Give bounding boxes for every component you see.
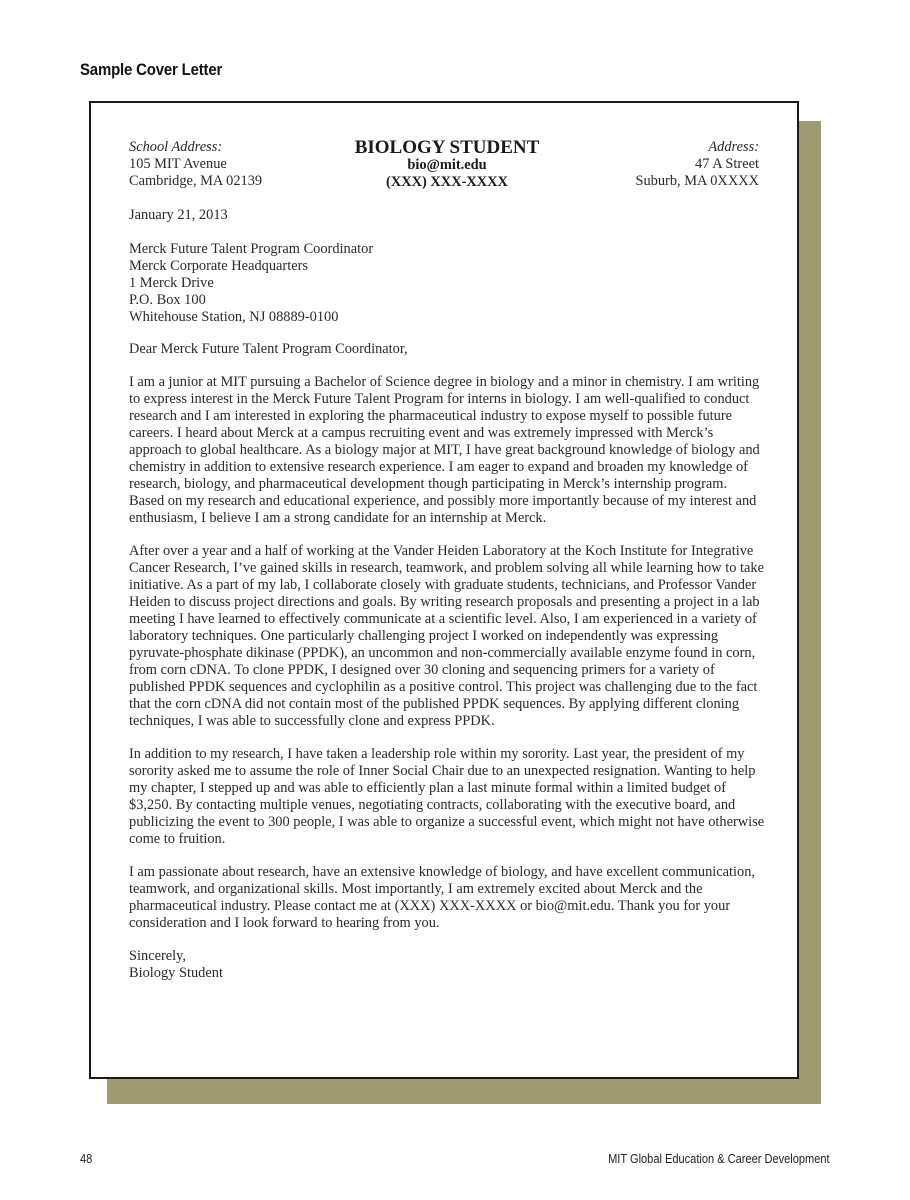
paragraph-intro: I am a junior at MIT pursuing a Bachelor… (129, 374, 765, 527)
salutation: Dear Merck Future Talent Program Coordin… (129, 341, 765, 358)
school-address-label: School Address: (129, 139, 262, 156)
recipient-line: Merck Corporate Headquarters (129, 258, 765, 275)
page-number: 48 (80, 1151, 92, 1166)
page-heading: Sample Cover Letter (80, 60, 222, 80)
recipient-line: Whitehouse Station, NJ 08889-0100 (129, 309, 765, 326)
paragraph-leadership: In addition to my research, I have taken… (129, 746, 765, 848)
recipient-line: Merck Future Talent Program Coordinator (129, 241, 765, 258)
recipient-line: 1 Merck Drive (129, 275, 765, 292)
home-address-line2: Suburb, MA 0XXXX (635, 173, 759, 190)
paragraph-research: After over a year and a half of working … (129, 543, 765, 730)
home-address-line1: 47 A Street (635, 156, 759, 173)
footer-organization: MIT Global Education & Career Developmen… (608, 1151, 830, 1166)
school-address: School Address: 105 MIT Avenue Cambridge… (129, 139, 262, 190)
letter-body: BIOLOGY STUDENT bio@mit.edu (XXX) XXX-XX… (129, 139, 765, 982)
home-address-label: Address: (635, 139, 759, 156)
paragraph-closing: I am passionate about research, have an … (129, 864, 765, 932)
signature: Biology Student (129, 965, 765, 982)
closing-phrase: Sincerely, (129, 948, 765, 965)
letterhead: BIOLOGY STUDENT bio@mit.edu (XXX) XXX-XX… (129, 139, 765, 191)
recipient-line: P.O. Box 100 (129, 292, 765, 309)
letter-date: January 21, 2013 (129, 207, 765, 224)
school-address-line1: 105 MIT Avenue (129, 156, 262, 173)
recipient-address: Merck Future Talent Program Coordinator … (129, 241, 765, 326)
school-address-line2: Cambridge, MA 02139 (129, 173, 262, 190)
cover-letter: BIOLOGY STUDENT bio@mit.edu (XXX) XXX-XX… (89, 101, 799, 1079)
home-address: Address: 47 A Street Suburb, MA 0XXXX (635, 139, 759, 190)
closing: Sincerely, Biology Student (129, 948, 765, 982)
